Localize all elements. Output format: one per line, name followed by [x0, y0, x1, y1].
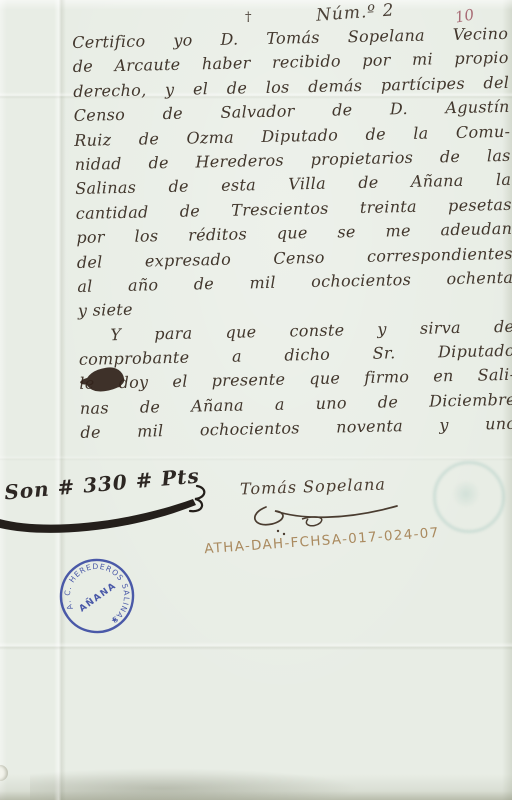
ghost-stamp-bleedthrough	[433, 461, 505, 533]
stamp-center-text: AÑANA	[77, 580, 119, 614]
manuscript-body: Certifico yo D. Tomás Sopelana Vecino de…	[72, 22, 512, 446]
paper-edge-notch	[0, 765, 8, 781]
cross-mark: †	[245, 10, 252, 25]
ghost-stamp-center	[452, 480, 480, 508]
document-number: Núm.º 2	[315, 0, 395, 25]
fold-crease-horizontal	[0, 455, 512, 461]
fold-crease-vertical	[54, 0, 66, 800]
rubber-stamp: A. C. HEREDEROS SALINAS AÑANA ★	[30, 529, 164, 663]
scan-shadow	[30, 768, 360, 800]
scanned-manuscript-page: † Núm.º 2 10 Certifico yo D. Tomás Sopel…	[0, 0, 512, 800]
